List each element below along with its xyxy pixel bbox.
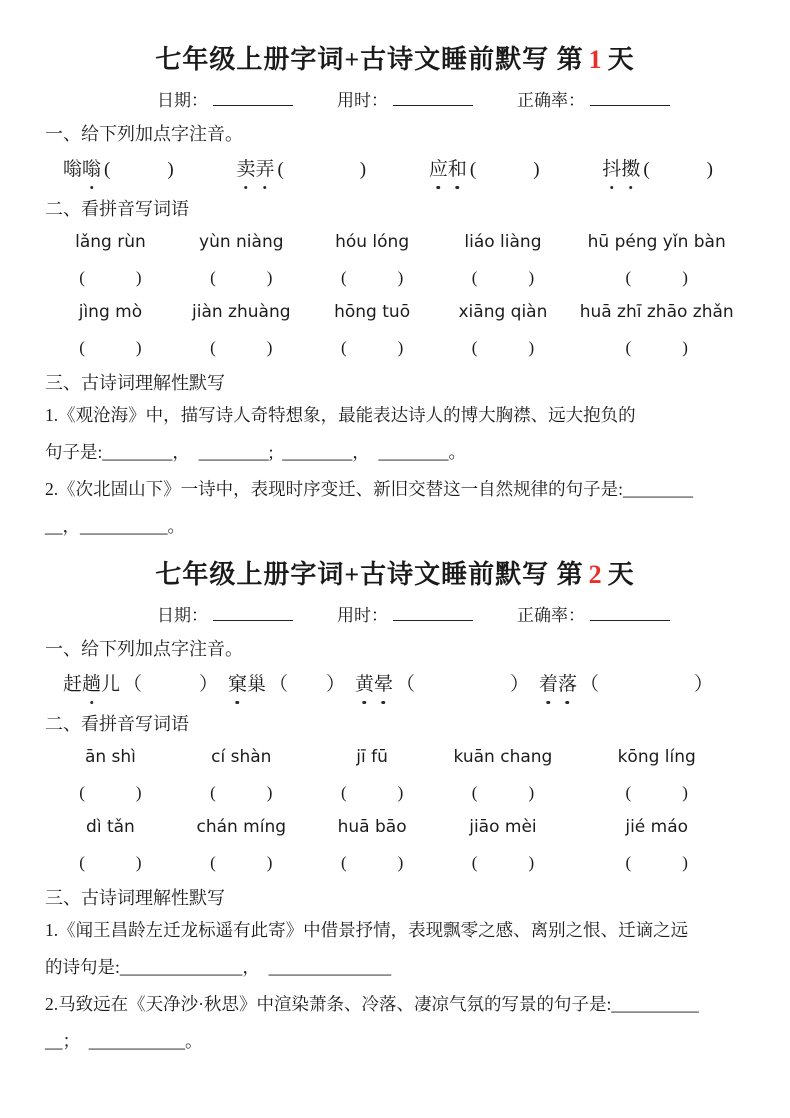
title-suffix: 天 — [608, 45, 635, 74]
dotted-char: 擞 — [621, 156, 640, 183]
answer-paren: ( ) — [176, 267, 307, 289]
answer-paren-row: ( )( )( )( )( ) — [45, 782, 745, 804]
question-line: __，__________。 — [45, 508, 745, 545]
page-title: 七年级上册字词+古诗文睡前默写 第1天 — [45, 40, 745, 80]
answer-paren: ( ) — [438, 267, 569, 289]
meta-date: 日期： — [157, 603, 293, 629]
answer-paren: ( ) — [104, 159, 174, 180]
word-char: 赶 — [63, 671, 82, 698]
word-item: 着落（ ） — [539, 671, 713, 698]
pinyin-row: lǎng rùnyùn niànghóu lóngliáo liànghū pé… — [45, 231, 745, 253]
answer-paren: ( ) — [45, 782, 176, 804]
pinyin-word: kuān chang — [438, 746, 569, 768]
accuracy-label: 正确率： — [517, 606, 585, 625]
dotted-char: 抖 — [602, 156, 621, 183]
answer-paren-row: ( )( )( )( )( ) — [45, 852, 745, 874]
section-heading-write-words: 二、看拼音写词语 — [45, 712, 745, 736]
question-line: 2.《次北固山下》一诗中，表现时序变迁、新旧交替这一自然规律的句子是:_____… — [45, 471, 745, 508]
pinyin-word: liáo liàng — [438, 231, 569, 253]
question: 1.《观沧海》中，描写诗人奇特想象，最能表达诗人的博大胸襟、远大抱负的句子是:_… — [45, 397, 745, 471]
meta-accuracy: 正确率： — [517, 88, 670, 114]
answer-paren: ( ) — [307, 337, 438, 359]
accuracy-blank-underline — [590, 603, 670, 621]
question-line: 句子是:________， ________; ________， ______… — [45, 434, 745, 471]
answer-paren: ( ) — [568, 852, 745, 874]
accuracy-label: 正确率： — [517, 91, 585, 110]
pinyin-word: cí shàn — [176, 746, 307, 768]
pinyin-word: jiàn zhuàng — [176, 301, 307, 323]
pinyin-word: xiāng qiàn — [438, 301, 569, 323]
answer-paren: ( ) — [45, 267, 176, 289]
answer-paren-row: ( )( )( )( )( ) — [45, 337, 745, 359]
question-line: 1.《观沧海》中，描写诗人奇特想象，最能表达诗人的博大胸襟、远大抱负的 — [45, 397, 745, 434]
pinyin-word: chán míng — [176, 816, 307, 838]
pinyin-block: ān shìcí shànjī fūkuān changkōng líng( )… — [45, 746, 745, 804]
title-suffix: 天 — [608, 560, 635, 589]
word-char: 儿 — [101, 671, 120, 698]
answer-paren: ( ) — [438, 337, 569, 359]
word-char: 嗡 — [63, 156, 82, 183]
word-item: 卖弄( ) — [236, 156, 366, 183]
dotted-char: 着 — [539, 671, 558, 698]
pinyin-word: hōng tuō — [307, 301, 438, 323]
pinyin-block: lǎng rùnyùn niànghóu lóngliáo liànghū pé… — [45, 231, 745, 289]
question: 1.《闻王昌龄左迁龙标遥有此寄》中借景抒情，表现飘零之感、离别之恨、迁谪之远的诗… — [45, 912, 745, 986]
pinyin-word: lǎng rùn — [45, 231, 176, 253]
pinyin-block: jìng mòjiàn zhuànghōng tuōxiāng qiànhuā … — [45, 301, 745, 359]
pinyin-word: kōng líng — [568, 746, 745, 768]
question: 2.《次北固山下》一诗中，表现时序变迁、新旧交替这一自然规律的句子是:_____… — [45, 471, 745, 545]
dotted-char: 趟 — [82, 671, 101, 698]
answer-paren: （ ） — [580, 674, 713, 695]
dotted-char: 落 — [558, 671, 577, 698]
pinyin-word: yùn niàng — [176, 231, 307, 253]
word-item: 嗡嗡( ) — [63, 156, 174, 183]
pinyin-word: dì tǎn — [45, 816, 176, 838]
answer-paren: ( ) — [470, 159, 540, 180]
dotted-char: 黄 — [355, 671, 374, 698]
pinyin-word: huā zhī zhāo zhǎn — [568, 301, 745, 323]
section-heading-write-words: 二、看拼音写词语 — [45, 197, 745, 221]
dotted-char: 嗡 — [82, 156, 101, 183]
word-item: 黄晕（ ） — [355, 671, 529, 698]
question: 2.马致远在《天净沙·秋思》中渲染萧条、冷落、凄凉气氛的写景的句子是:_____… — [45, 986, 745, 1060]
worksheet-day-1: 七年级上册字词+古诗文睡前默写 第1天 日期： 用时： 正确率： 一、给下列加点… — [45, 40, 745, 545]
dotted-word-row: 赶趟儿（ ）窠巢（ ）黄晕（ ）着落（ ） — [63, 671, 713, 698]
meta-date: 日期： — [157, 88, 293, 114]
date-blank-underline — [213, 603, 293, 621]
meta-accuracy: 正确率： — [517, 603, 670, 629]
pinyin-word: jìng mò — [45, 301, 176, 323]
dotted-char: 晕 — [374, 671, 393, 698]
dotted-char: 窠 — [228, 671, 247, 698]
question-line: 的诗句是:______________， ______________ — [45, 949, 745, 986]
question-list: 1.《观沧海》中，描写诗人奇特想象，最能表达诗人的博大胸襟、远大抱负的句子是:_… — [45, 397, 745, 545]
dotted-char: 应 — [429, 156, 448, 183]
pinyin-word: huā bāo — [307, 816, 438, 838]
pinyin-word: jiāo mèi — [438, 816, 569, 838]
section-heading-pinyin-annotation: 一、给下列加点字注音。 — [45, 637, 745, 661]
answer-paren: （ ） — [396, 674, 529, 695]
word-char: 巢 — [247, 671, 266, 698]
word-item: 窠巢（ ） — [228, 671, 345, 698]
worksheet-page: 七年级上册字词+古诗文睡前默写 第1天 日期： 用时： 正确率： 一、给下列加点… — [0, 0, 790, 1060]
time-label: 用时： — [337, 91, 388, 110]
time-label: 用时： — [337, 606, 388, 625]
worksheet-day-2: 七年级上册字词+古诗文睡前默写 第2天 日期： 用时： 正确率： 一、给下列加点… — [45, 555, 745, 1060]
answer-paren: ( ) — [568, 267, 745, 289]
question-line: __； ___________。 — [45, 1023, 745, 1060]
pinyin-row: jìng mòjiàn zhuànghōng tuōxiāng qiànhuā … — [45, 301, 745, 323]
pinyin-word: hū péng yǐn bàn — [568, 231, 745, 253]
pinyin-word: hóu lóng — [307, 231, 438, 253]
meta-time: 用时： — [337, 603, 473, 629]
pinyin-word: jié máo — [568, 816, 745, 838]
answer-paren: ( ) — [307, 852, 438, 874]
answer-paren: ( ) — [307, 267, 438, 289]
accuracy-blank-underline — [590, 88, 670, 106]
answer-paren: ( ) — [45, 852, 176, 874]
dotted-char: 弄 — [255, 156, 274, 183]
answer-paren: ( ) — [176, 782, 307, 804]
page-title: 七年级上册字词+古诗文睡前默写 第2天 — [45, 555, 745, 595]
answer-paren: ( ) — [176, 337, 307, 359]
answer-paren: ( ) — [277, 159, 366, 180]
question-line: 2.马致远在《天净沙·秋思》中渲染萧条、冷落、凄凉气氛的写景的句子是:_____… — [45, 986, 745, 1023]
answer-paren: ( ) — [568, 782, 745, 804]
answer-paren: （ ） — [269, 674, 345, 695]
day-number: 2 — [584, 560, 608, 589]
title-text: 七年级上册字词+古诗文睡前默写 第 — [155, 560, 583, 589]
date-blank-underline — [213, 88, 293, 106]
pinyin-block: dì tǎnchán mínghuā bāojiāo mèijié máo( )… — [45, 816, 745, 874]
pinyin-word: jī fū — [307, 746, 438, 768]
meta-row: 日期： 用时： 正确率： — [157, 88, 745, 114]
date-label: 日期： — [157, 91, 208, 110]
section-heading-pinyin-annotation: 一、给下列加点字注音。 — [45, 122, 745, 146]
pinyin-row: dì tǎnchán mínghuā bāojiāo mèijié máo — [45, 816, 745, 838]
answer-paren: ( ) — [176, 852, 307, 874]
answer-paren: ( ) — [438, 852, 569, 874]
section-heading-poetry-dictation: 三、古诗词理解性默写 — [45, 371, 745, 395]
answer-paren: ( ) — [568, 337, 745, 359]
dotted-word-row: 嗡嗡( )卖弄( )应和( )抖擞( ) — [63, 156, 713, 183]
dotted-char: 卖 — [236, 156, 255, 183]
day-number: 1 — [584, 45, 608, 74]
answer-paren-row: ( )( )( )( )( ) — [45, 267, 745, 289]
date-label: 日期： — [157, 606, 208, 625]
answer-paren: ( ) — [643, 159, 713, 180]
word-item: 赶趟儿（ ） — [63, 671, 218, 698]
title-text: 七年级上册字词+古诗文睡前默写 第 — [155, 45, 583, 74]
answer-paren: ( ) — [307, 782, 438, 804]
dotted-char: 和 — [448, 156, 467, 183]
section-heading-poetry-dictation: 三、古诗词理解性默写 — [45, 886, 745, 910]
meta-time: 用时： — [337, 88, 473, 114]
question-line: 1.《闻王昌龄左迁龙标遥有此寄》中借景抒情，表现飘零之感、离别之恨、迁谪之远 — [45, 912, 745, 949]
answer-paren: ( ) — [45, 337, 176, 359]
time-blank-underline — [393, 603, 473, 621]
meta-row: 日期： 用时： 正确率： — [157, 603, 745, 629]
time-blank-underline — [393, 88, 473, 106]
answer-paren: （ ） — [123, 674, 218, 695]
word-item: 应和( ) — [429, 156, 540, 183]
question-list: 1.《闻王昌龄左迁龙标遥有此寄》中借景抒情，表现飘零之感、离别之恨、迁谪之远的诗… — [45, 912, 745, 1060]
answer-paren: ( ) — [438, 782, 569, 804]
pinyin-row: ān shìcí shànjī fūkuān changkōng líng — [45, 746, 745, 768]
pinyin-word: ān shì — [45, 746, 176, 768]
word-item: 抖擞( ) — [602, 156, 713, 183]
